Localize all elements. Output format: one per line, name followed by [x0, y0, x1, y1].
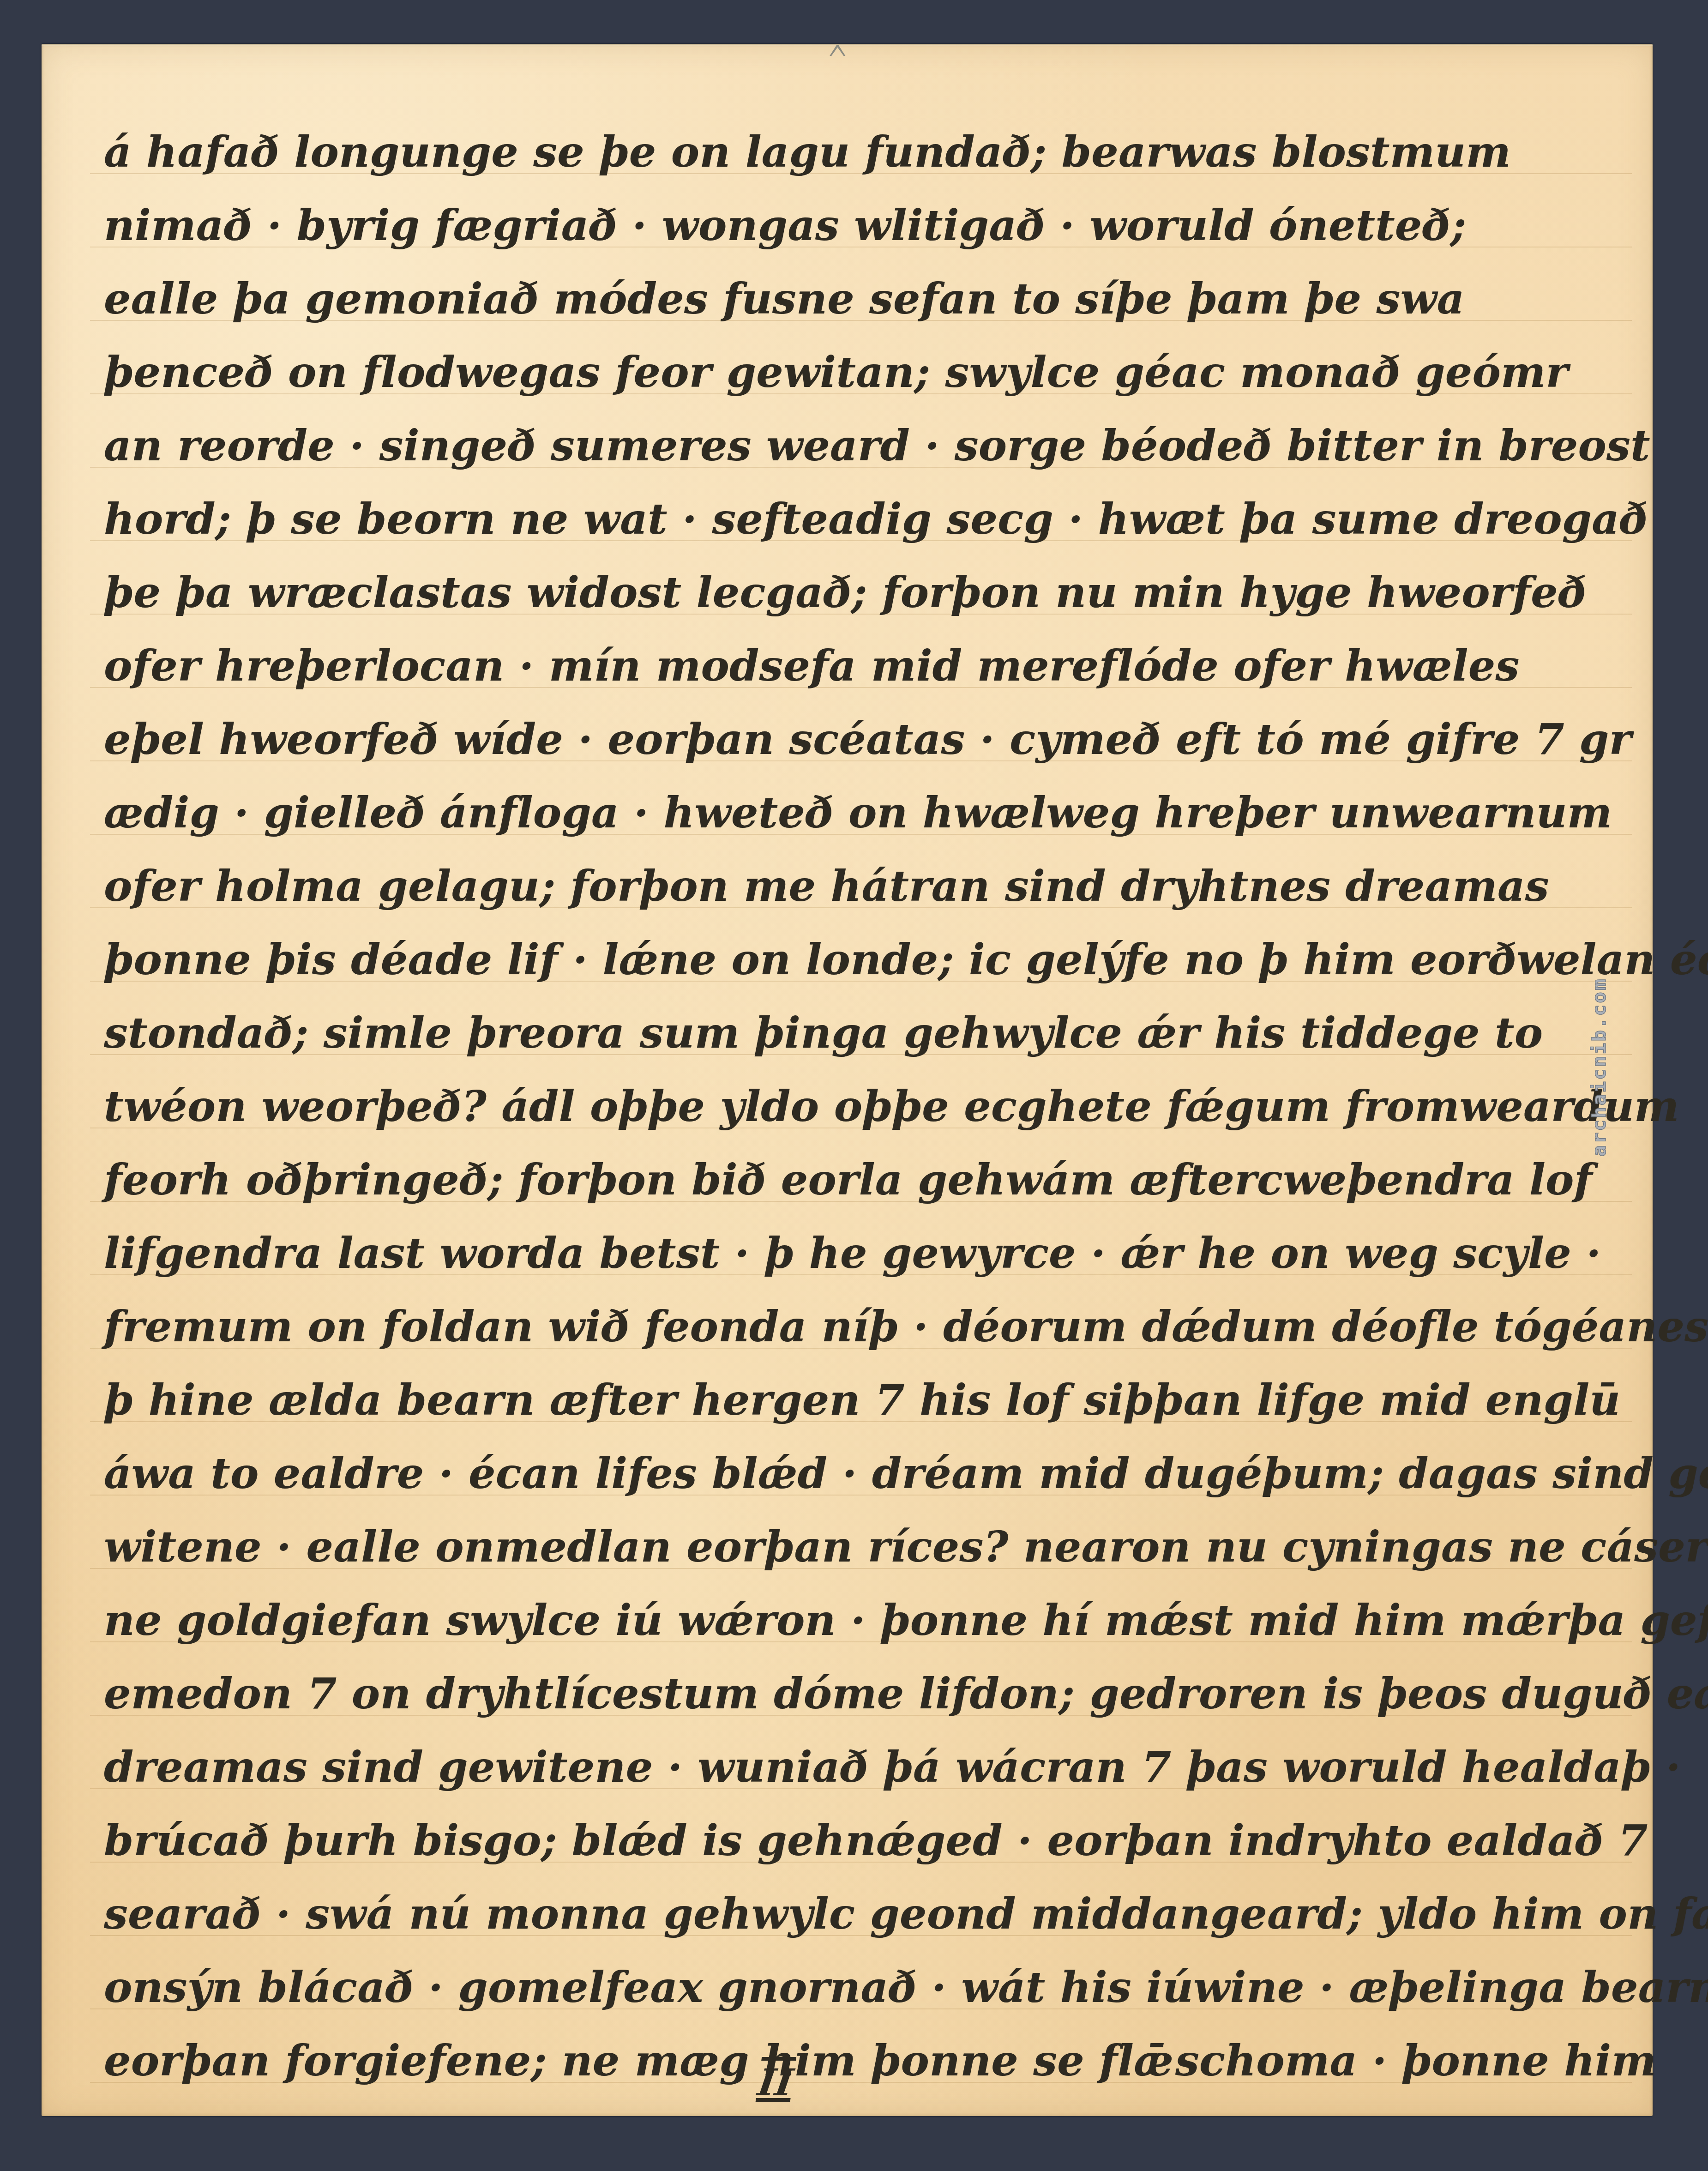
manuscript-line: lifgendra last worda betst · þ he gewyrc…	[104, 1217, 1627, 1290]
manuscript-text: á hafað longunge se þe on lagu fundað; b…	[104, 115, 1627, 2116]
manuscript-line: witene · ealle onmedlan eorþan ríces? ne…	[104, 1510, 1627, 1584]
caret-mark-icon: ^	[826, 37, 849, 84]
manuscript-line: áwa to ealdre · écan lifes blǽd · dréam …	[104, 1437, 1627, 1510]
manuscript-line: ofer holma gelagu; forþon me hátran sind…	[104, 850, 1627, 923]
manuscript-line: ædig · gielleð ánfloga · hweteð on hwælw…	[104, 776, 1627, 850]
watermark-text: archaicnib.com	[1588, 981, 1610, 1157]
manuscript-line: ealle þa gemoniað módes fusne sefan to s…	[104, 262, 1627, 336]
manuscript-line: á hafað longunge se þe on lagu fundað; b…	[104, 115, 1627, 189]
manuscript-line: eorþan forgiefene; ne mæg him þonne se f…	[104, 2024, 1627, 2098]
manuscript-line: ne goldgiefan swylce iú wǽron · þonne hí…	[104, 1584, 1627, 1657]
manuscript-line: fremum on foldan wið feonda níþ · déorum…	[104, 1290, 1627, 1363]
manuscript-line: searað · swá nú monna gehwylc geond midd…	[104, 1877, 1627, 1951]
parchment-page: ^ á hafað longunge se þe on lagu fundað;…	[42, 44, 1653, 2116]
manuscript-line: dreamas sind gewitene · wuniað þá wácran…	[104, 1731, 1627, 1804]
manuscript-line: nimað · byrig fægriað · wongas wlitigað …	[104, 189, 1627, 262]
manuscript-line: onsýn blácað · gomelfeax gnornað · wát h…	[104, 1951, 1627, 2024]
manuscript-line: þe þa wræclastas widost lecgað; forþon n…	[104, 556, 1627, 629]
manuscript-line: hord; þ se beorn ne wat · sefteadig secg…	[104, 482, 1627, 556]
manuscript-line: þ hine ælda bearn æfter hergen 7 his lof…	[104, 1363, 1627, 1437]
page-number: II	[735, 2061, 815, 2104]
manuscript-line: emedon 7 on dryhtlícestum dóme lifdon; g…	[104, 1657, 1627, 1731]
manuscript-line: stondað; simle þreora sum þinga gehwylce…	[104, 996, 1627, 1070]
manuscript-line: þenceð on flodwegas feor gewitan; swylce…	[104, 336, 1627, 409]
manuscript-line: feorh oðþringeð; forþon bið eorla gehwám…	[104, 1143, 1627, 1217]
manuscript-line: eþel hweorfeð wíde · eorþan scéatas · cy…	[104, 703, 1627, 776]
manuscript-line: an reorde · singeð sumeres weard · sorge…	[104, 409, 1627, 482]
scan-background: ^ á hafað longunge se þe on lagu fundað;…	[0, 0, 1708, 2171]
manuscript-line: twéon weorþeð? ádl oþþe yldo oþþe ecghet…	[104, 1070, 1627, 1143]
manuscript-line: þonne þis déade lif · lǽne on londe; ic …	[104, 923, 1627, 996]
manuscript-line: brúcað þurh bisgo; blǽd is gehnǽged · eo…	[104, 1804, 1627, 1877]
manuscript-line: ofer hreþerlocan · mín modsefa mid meref…	[104, 629, 1627, 703]
